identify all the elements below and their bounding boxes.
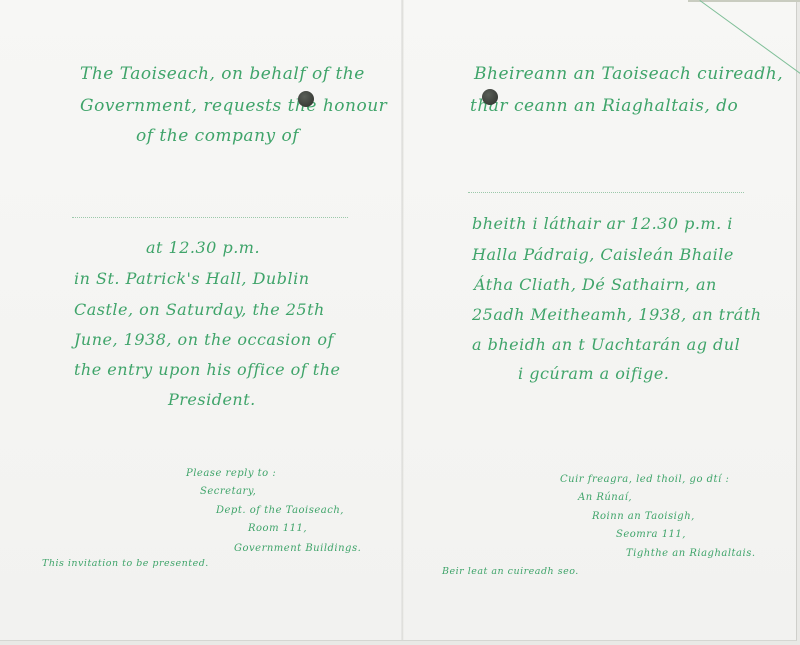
body-line-1: at 12.30 p.m.: [146, 231, 260, 264]
reply-line-1: Cuir freagra, led thoil, go dtí :: [560, 472, 729, 487]
header-line-2: Government, requests the honour: [80, 90, 387, 122]
english-panel: The Taoiseach, on behalf of the Governme…: [0, 0, 400, 640]
body-line-2: in St. Patrick's Hall, Dublin: [74, 262, 310, 295]
reply-line-2: Secretary,: [200, 484, 256, 499]
reply-line-4: Seomra 111,: [616, 527, 686, 542]
body-line-1: bheith i láthair ar 12.30 p.m. i: [472, 207, 733, 240]
body-line-6: President.: [168, 383, 256, 416]
reply-line-4: Room 111,: [248, 521, 307, 536]
body-line-4: June, 1938, on the occasion of: [74, 323, 334, 356]
footer-note: Beir leat an cuireadh seo.: [442, 566, 579, 577]
punch-hole: [482, 89, 498, 105]
header-line-1: The Taoiseach, on behalf of the: [80, 58, 365, 90]
reply-line-3: Roinn an Taoisigh,: [592, 509, 695, 524]
name-blank-line: [468, 192, 744, 193]
header-line-3: of the company of: [136, 120, 299, 152]
punch-hole: [298, 91, 314, 107]
reply-line-5: Tighthe an Riaghaltais.: [626, 546, 756, 561]
footer-note: This invitation to be presented.: [42, 558, 209, 569]
reply-line-5: Government Buildings.: [234, 541, 361, 556]
reply-line-1: Please reply to :: [186, 466, 276, 481]
body-line-4: 25adh Meitheamh, 1938, an tráth: [472, 298, 762, 331]
invitation-sheet: The Taoiseach, on behalf of the Governme…: [0, 0, 797, 641]
body-line-3: Castle, on Saturday, the 25th: [74, 293, 325, 326]
body-line-2: Halla Pádraig, Caisleán Bhaile: [472, 238, 734, 271]
reply-line-2: An Rúnaí,: [578, 490, 632, 505]
body-line-6: i gcúram a oifige.: [518, 357, 669, 390]
header-line-2: thar ceann an Riaghaltais, do: [470, 90, 738, 122]
body-line-3: Átha Cliath, Dé Sathairn, an: [474, 268, 717, 301]
name-blank-line: [72, 217, 348, 218]
body-line-5: the entry upon his office of the: [74, 353, 341, 386]
reply-line-3: Dept. of the Taoiseach,: [216, 503, 344, 518]
header-line-1: Bheireann an Taoiseach cuireadh,: [474, 58, 783, 90]
irish-panel: Bheireann an Taoiseach cuireadh, thar ce…: [404, 0, 796, 640]
